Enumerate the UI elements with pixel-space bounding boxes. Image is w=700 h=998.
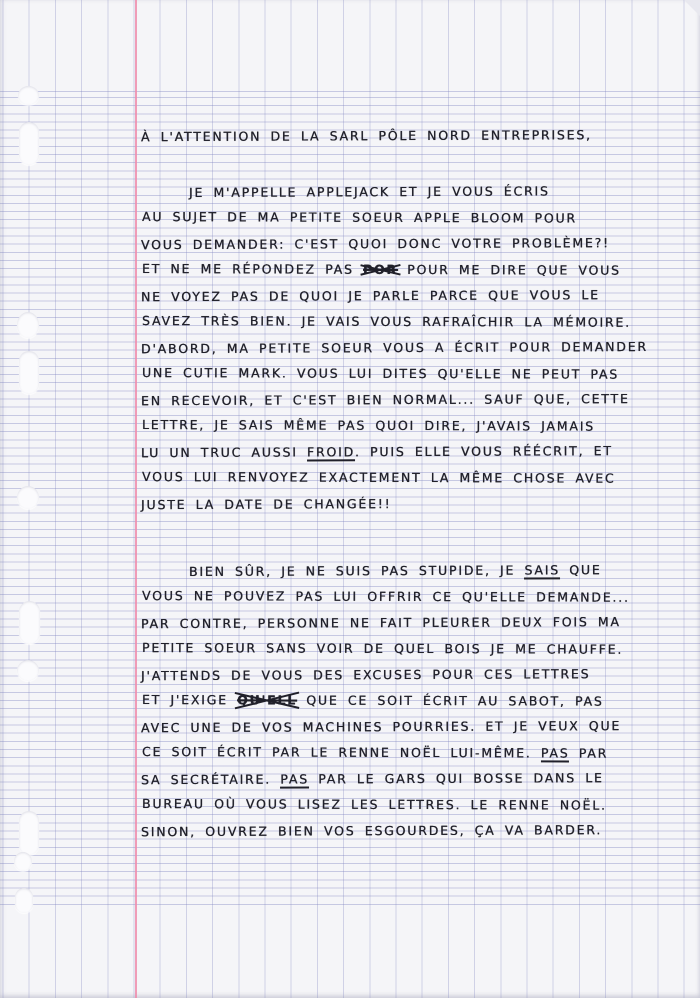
handwritten-line: ET J'EXIGE QU'ELL QUE CE SOIT ÉCRIT AU S… <box>142 687 694 715</box>
text-segment: EN RECEVOIR, ET C'EST BIEN NORMAL... SAU… <box>141 391 630 408</box>
text-segment: À L'ATTENTION DE LA SARL PÔLE NORD ENTRE… <box>141 127 592 144</box>
handwritten-line: D'ABORD, MA PETITE SOEUR VOUS A ÉCRIT PO… <box>141 334 693 362</box>
handwritten-line: JUSTE LA DATE DE CHANGÉE!! <box>141 490 693 518</box>
handwritten-line: VOUS DEMANDER: C'EST QUOI DONC VOTRE PRO… <box>141 230 693 258</box>
handwritten-line: JE M'APPELLE APPLEJACK ET JE VOUS ÉCRIS <box>141 178 693 206</box>
text-segment: NE VOYEZ PAS DE QUOI JE PARLE PARCE QUE … <box>141 287 600 304</box>
binder-hole <box>19 351 39 394</box>
underlined-word: PAS <box>280 771 309 788</box>
text-segment: ET NE ME RÉPONDEZ PAS <box>142 261 363 277</box>
handwritten-line: EN RECEVOIR, ET C'EST BIEN NORMAL... SAU… <box>141 386 693 414</box>
text-segment: PAR LE GARS QUI BOSSE DANS LE <box>309 770 604 786</box>
text-segment: SAVEZ TRÈS BIEN. JE VAIS VOUS RAFRAÎCHIR… <box>142 313 631 330</box>
letter-paragraphs: JE M'APPELLE APPLEJACK ET JE VOUS ÉCRISA… <box>141 179 693 844</box>
handwritten-line: AU SUJET DE MA PETITE SOEUR APPLE BLOOM … <box>142 204 694 232</box>
text-segment: SINON, OUVREZ BIEN VOS ESGOURDES, ÇA VA … <box>141 822 602 839</box>
binder-hole <box>17 660 39 681</box>
handwritten-line: BIEN SÛR, JE NE SUIS PAS STUPIDE, JE SAI… <box>141 557 693 585</box>
binder-hole <box>17 486 39 509</box>
handwritten-line: LETTRE, JE SAIS MÊME PAS QUOI DIRE, J'AV… <box>142 412 694 440</box>
text-segment: . PUIS ELLE VOUS RÉÉCRIT, ET <box>355 443 613 459</box>
text-segment: UNE CUTIE MARK. VOUS LUI DITES QU'ELLE N… <box>142 365 619 382</box>
ruled-paper-top-line <box>0 91 700 92</box>
handwritten-line: J'ATTENDS DE VOUS DES EXCUSES POUR CES L… <box>141 661 693 689</box>
text-segment: ET J'EXIGE <box>142 692 237 707</box>
text-segment: J'ATTENDS DE VOUS DES EXCUSES POUR CES L… <box>141 666 590 683</box>
text-segment: QUE <box>560 562 602 577</box>
handwritten-line: SA SECRÉTAIRE. PAS PAR LE GARS QUI BOSSE… <box>141 765 693 793</box>
pink-margin-line <box>135 0 137 998</box>
binder-hole <box>15 888 33 913</box>
letter-paragraph: JE M'APPELLE APPLEJACK ET JE VOUS ÉCRISA… <box>141 179 693 517</box>
handwritten-line: AVEC UNE DE VOS MACHINES POURRIES. ET JE… <box>141 713 693 741</box>
text-segment: SA SECRÉTAIRE. <box>141 772 280 788</box>
text-segment: PETITE SOEUR SANS VOIR DE QUEL BOIS JE M… <box>142 640 623 657</box>
text-segment: BUREAU OÙ VOUS LISEZ LES LETTRES. LE REN… <box>142 796 607 813</box>
binder-hole <box>14 852 32 871</box>
text-segment: POUR ME DIRE QUE VOUS <box>398 262 621 278</box>
handwritten-line: VOUS LUI RENVOYEZ EXACTEMENT LA MÊME CHO… <box>142 464 694 492</box>
handwritten-line: VOUS NE POUVEZ PAS LUI OFFRIR CE QU'ELLE… <box>142 583 694 611</box>
binder-hole <box>17 312 39 338</box>
letter-paragraph: BIEN SÛR, JE NE SUIS PAS STUPIDE, JE SAI… <box>141 558 693 844</box>
text-segment: VOUS LUI RENVOYEZ EXACTEMENT LA MÊME CHO… <box>142 469 616 486</box>
handwritten-line: PETITE SOEUR SANS VOIR DE QUEL BOIS JE M… <box>142 635 694 663</box>
text-segment: D'ABORD, MA PETITE SOEUR VOUS A ÉCRIT PO… <box>141 339 648 356</box>
text-segment: QUE CE SOIT ÉCRIT AU SABOT, PAS <box>297 693 604 709</box>
text-segment: JUSTE LA DATE DE CHANGÉE!! <box>141 496 391 512</box>
binder-hole <box>18 86 39 105</box>
handwritten-line: PAR CONTRE, PERSONNE NE FAIT PLEURER DEU… <box>141 609 693 637</box>
handwritten-line: LU UN TRUC AUSSI FROID. PUIS ELLE VOUS R… <box>141 438 693 466</box>
underlined-word: PAS <box>541 745 570 762</box>
text-segment: PAR CONTRE, PERSONNE NE FAIT PLEURER DEU… <box>141 614 621 631</box>
binder-hole <box>19 811 39 855</box>
handwritten-line: UNE CUTIE MARK. VOUS LUI DITES QU'ELLE N… <box>142 360 694 388</box>
letter-heading: À L'ATTENTION DE LA SARL PÔLE NORD ENTRE… <box>141 122 693 150</box>
handwritten-line: NE VOYEZ PAS DE QUOI JE PARLE PARCE QUE … <box>141 282 693 310</box>
page-corner <box>684 0 700 16</box>
handwritten-line: CE SOIT ÉCRIT PAR LE RENNE NOËL LUI-MÊME… <box>142 739 694 767</box>
text-segment: JE M'APPELLE APPLEJACK ET JE VOUS ÉCRIS <box>189 183 550 200</box>
binder-hole <box>19 122 39 165</box>
crossed-out-word: POR <box>363 262 398 277</box>
text-segment: VOUS DEMANDER: C'EST QUOI DONC VOTRE PRO… <box>141 235 610 252</box>
handwritten-line: SAVEZ TRÈS BIEN. JE VAIS VOUS RAFRAÎCHIR… <box>142 308 694 336</box>
underlined-word: FROID <box>307 444 355 461</box>
handwritten-line: ET NE ME RÉPONDEZ PAS POR POUR ME DIRE Q… <box>142 256 694 284</box>
text-segment: BIEN SÛR, JE NE SUIS PAS STUPIDE, JE <box>189 563 524 579</box>
binder-hole <box>19 601 40 644</box>
text-segment: LU UN TRUC AUSSI <box>141 444 307 460</box>
handwritten-line: SINON, OUVREZ BIEN VOS ESGOURDES, ÇA VA … <box>141 817 693 845</box>
text-segment: PAR <box>569 746 608 761</box>
text-segment: AU SUJET DE MA PETITE SOEUR APPLE BLOOM … <box>142 209 577 226</box>
text-segment: LETTRE, JE SAIS MÊME PAS QUOI DIRE, J'AV… <box>142 417 595 434</box>
text-segment: AVEC UNE DE VOS MACHINES POURRIES. ET JE… <box>141 718 621 735</box>
scanned-letter-page: À L'ATTENTION DE LA SARL PÔLE NORD ENTRE… <box>0 0 700 998</box>
underlined-word: SAIS <box>524 562 560 579</box>
text-segment: VOUS NE POUVEZ PAS LUI OFFRIR CE QU'ELLE… <box>142 588 630 605</box>
letter-body: À L'ATTENTION DE LA SARL PÔLE NORD ENTRE… <box>141 123 693 844</box>
text-segment: CE SOIT ÉCRIT PAR LE RENNE NOËL LUI-MÊME… <box>142 744 541 760</box>
handwritten-line: BUREAU OÙ VOUS LISEZ LES LETTRES. LE REN… <box>142 791 694 819</box>
crossed-out-word: QU'ELL <box>237 692 297 707</box>
